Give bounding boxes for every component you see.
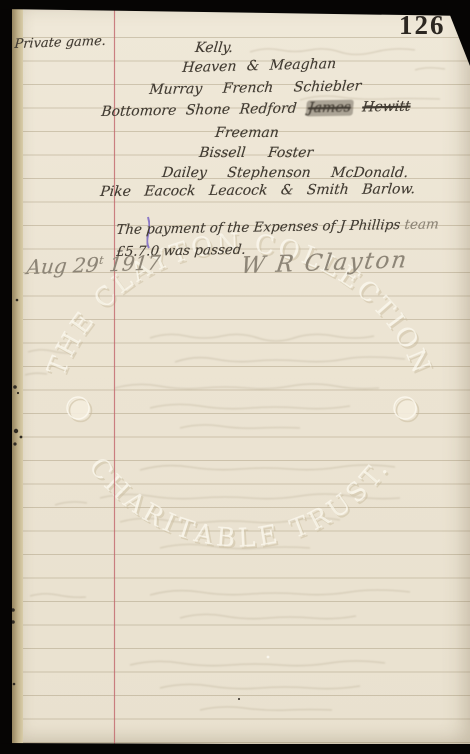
roster-line-bissell-foster: Bissell Foster	[198, 145, 314, 161]
page-number: 126	[399, 10, 446, 41]
roster-line-pike-barlow: Pike Eacock Leacock & Smith Barlow.	[99, 181, 416, 200]
date-month-day: Aug 29	[25, 252, 99, 279]
binding-gutter	[12, 6, 23, 746]
struck-name-james: James	[305, 100, 353, 117]
date-ordinal-suffix: t	[98, 254, 104, 267]
margin-note: Private game.	[14, 34, 106, 52]
date-year: 1917	[108, 250, 161, 276]
minute-pencil-addendum: team	[404, 216, 440, 233]
struck-name-hewitt: Hewitt	[362, 99, 412, 116]
date-line: Aug 29t 1917	[25, 250, 161, 279]
svg-text:CHARITABLE TRUST.: CHARITABLE TRUST.	[83, 452, 397, 554]
scanned-ledger-page: THE CLAYTON COLLECTION CHARITABLE TRUST.…	[0, 0, 470, 754]
watermark-bullet-right	[394, 397, 419, 422]
roster-line-freeman: Freeman	[214, 125, 279, 141]
watermark-bottom-highlight: CHARITABLE TRUST.	[83, 452, 397, 554]
roster-line-dailey-stephenson: Dailey Stephenson McDonald.	[161, 165, 409, 181]
dust-speck	[267, 656, 270, 659]
roster-line-kelly: Kelly.	[194, 40, 234, 56]
watermark-bullet-left	[67, 397, 92, 422]
